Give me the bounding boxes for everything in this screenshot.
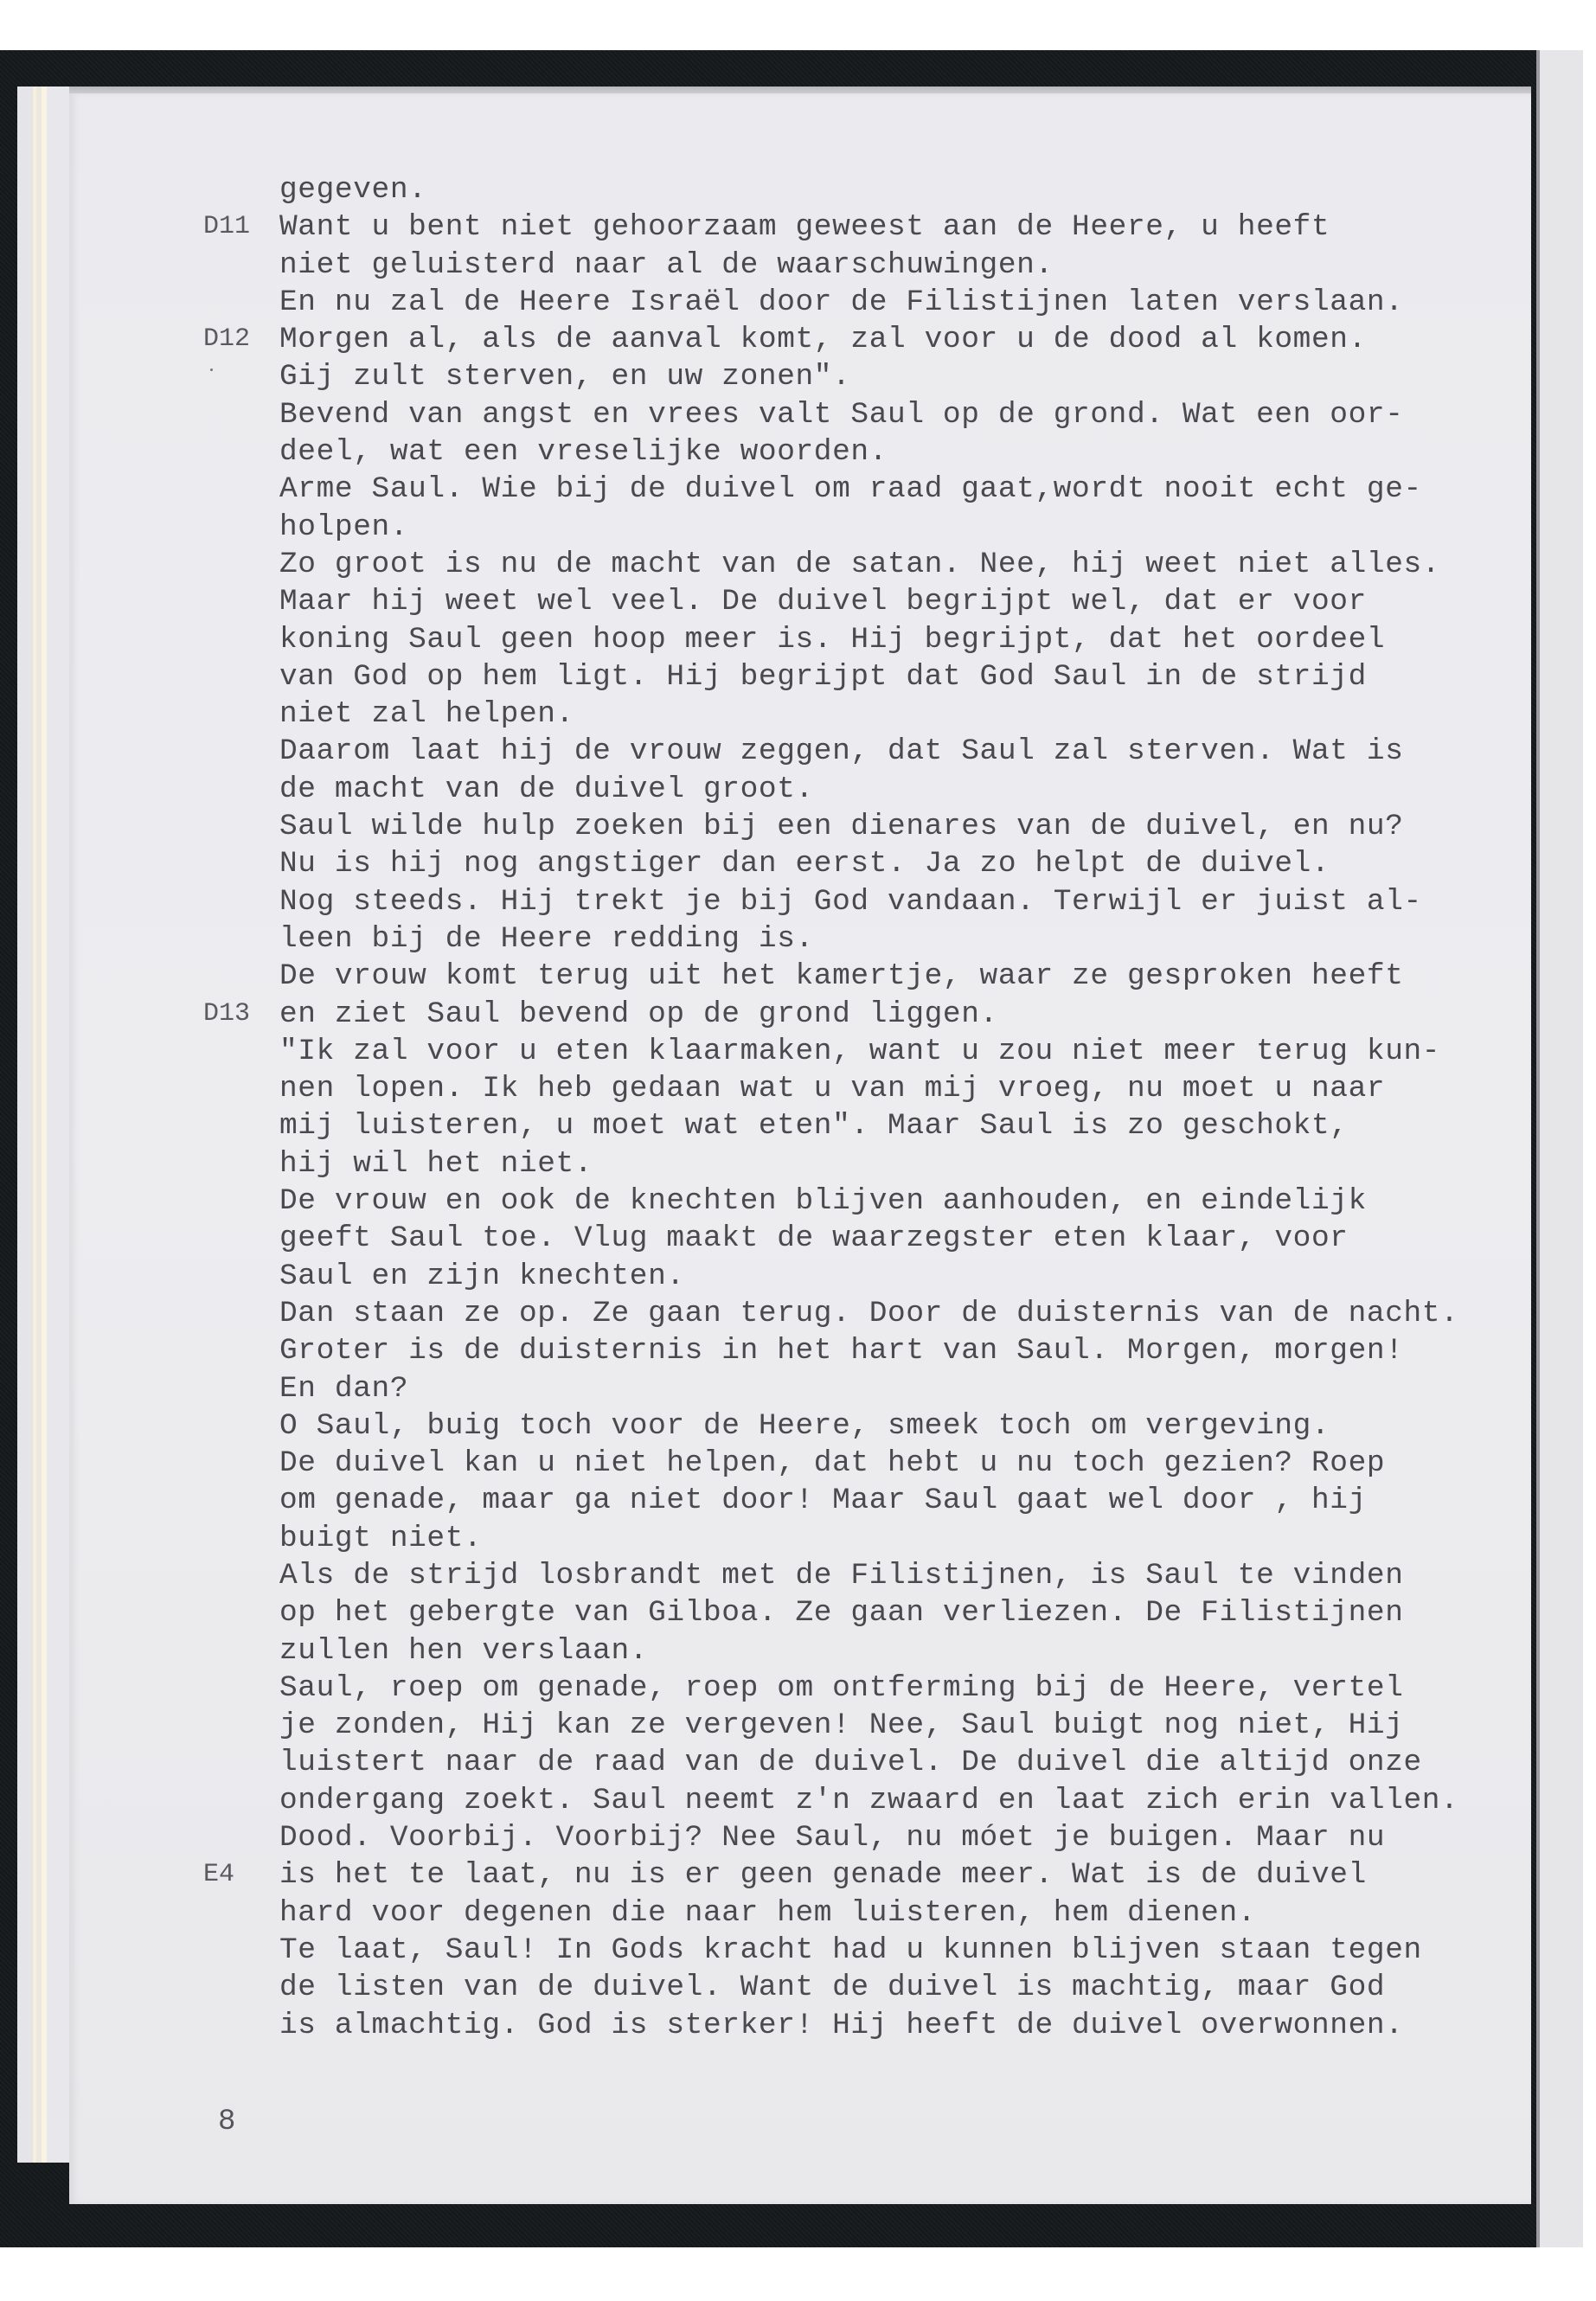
text-line: leen bij de Heere redding is.: [279, 920, 1508, 958]
line-text: Saul en zijn knechten.: [279, 1259, 685, 1293]
line-text: Nu is hij nog angstiger dan eerst. Ja zo…: [279, 847, 1330, 881]
text-line: Saul wilde hulp zoeken bij een dienares …: [279, 808, 1508, 845]
line-text: Maar hij weet wel veel. De duivel begrij…: [279, 585, 1367, 619]
line-text: deel, wat een vreselijke woorden.: [279, 435, 888, 469]
line-text: Dan staan ze op. Ze gaan terug. Door de …: [279, 1297, 1458, 1330]
line-text: zullen hen verslaan.: [279, 1634, 648, 1668]
line-text: leen bij de Heere redding is.: [279, 922, 814, 956]
typewritten-text-body: gegeven.D11Want u bent niet gehoorzaam g…: [279, 171, 1508, 2044]
text-line: van God op hem ligt. Hij begrijpt dat Go…: [279, 658, 1508, 695]
text-line: Bevend van angst en vrees valt Saul op d…: [279, 396, 1508, 433]
line-text: mij luisteren, u moet wat eten". Maar Sa…: [279, 1109, 1349, 1143]
line-text: De duivel kan u niet helpen, dat hebt u …: [279, 1446, 1385, 1480]
text-line: ondergang zoekt. Saul neemt z'n zwaard e…: [279, 1782, 1508, 1819]
text-line: gegeven.: [279, 171, 1508, 208]
line-text: Gij zult sterven, en uw zonen".: [279, 360, 850, 394]
text-line: Daarom laat hij de vrouw zeggen, dat Sau…: [279, 733, 1508, 770]
margin-marker: D12: [203, 321, 272, 358]
line-text: je zonden, Hij kan ze vergeven! Nee, Sau…: [279, 1708, 1404, 1742]
text-line: O Saul, buig toch voor de Heere, smeek t…: [279, 1407, 1508, 1445]
line-text: niet zal helpen.: [279, 697, 574, 731]
text-line: Als de strijd losbrandt met de Filistijn…: [279, 1557, 1508, 1594]
line-text: niet geluisterd naar al de waarschuwinge…: [279, 248, 1054, 282]
line-text: Zo groot is nu de macht van de satan. Ne…: [279, 548, 1440, 581]
line-text: Nog steeds. Hij trekt je bij God vandaan…: [279, 885, 1422, 919]
text-line: De vrouw en ook de knechten blijven aanh…: [279, 1183, 1508, 1220]
text-line: Zo groot is nu de macht van de satan. Ne…: [279, 546, 1508, 583]
line-text: Morgen al, als de aanval komt, zal voor …: [279, 323, 1367, 356]
text-line: deel, wat een vreselijke woorden.: [279, 433, 1508, 471]
text-line: de listen van de duivel. Want de duivel …: [279, 1969, 1508, 2006]
text-line: de macht van de duivel groot.: [279, 771, 1508, 808]
text-line: mij luisteren, u moet wat eten". Maar Sa…: [279, 1107, 1508, 1144]
line-text: Groter is de duisternis in het hart van …: [279, 1334, 1404, 1368]
line-text: van God op hem ligt. Hij begrijpt dat Go…: [279, 660, 1367, 694]
line-text: O Saul, buig toch voor de Heere, smeek t…: [279, 1409, 1330, 1443]
line-text: Bevend van angst en vrees valt Saul op d…: [279, 398, 1404, 432]
line-text: luistert naar de raad van de duivel. De …: [279, 1746, 1422, 1779]
text-line: "Ik zal voor u eten klaarmaken, want u z…: [279, 1033, 1508, 1070]
text-line: D13en ziet Saul bevend op de grond ligge…: [279, 996, 1508, 1033]
text-line: En dan?: [279, 1370, 1508, 1407]
line-text: op het gebergte van Gilboa. Ze gaan verl…: [279, 1596, 1404, 1630]
text-line: D11Want u bent niet gehoorzaam geweest a…: [279, 208, 1508, 246]
text-line: Maar hij weet wel veel. De duivel begrij…: [279, 583, 1508, 620]
text-line: hij wil het niet.: [279, 1145, 1508, 1183]
text-line: is almachtig. God is sterker! Hij heeft …: [279, 2007, 1508, 2044]
margin-marker: D13: [203, 996, 272, 1033]
text-line: geeft Saul toe. Vlug maakt de waarzegste…: [279, 1220, 1508, 1257]
line-text: ondergang zoekt. Saul neemt z'n zwaard e…: [279, 1784, 1458, 1817]
line-text: gegeven.: [279, 173, 426, 207]
line-text: en ziet Saul bevend op de grond liggen.: [279, 997, 998, 1031]
text-line: op het gebergte van Gilboa. Ze gaan verl…: [279, 1594, 1508, 1631]
line-text: is almachtig. God is sterker! Hij heeft …: [279, 2009, 1404, 2042]
text-line: holpen.: [279, 509, 1508, 546]
text-line: Saul en zijn knechten.: [279, 1258, 1508, 1295]
line-text: holpen.: [279, 510, 408, 544]
line-text: hij wil het niet.: [279, 1147, 593, 1181]
line-text: nen lopen. Ik heb gedaan wat u van mij v…: [279, 1072, 1385, 1106]
line-text: En nu zal de Heere Israël door de Filist…: [279, 285, 1404, 319]
text-line: je zonden, Hij kan ze vergeven! Nee, Sau…: [279, 1707, 1508, 1744]
text-line: Dood. Voorbij. Voorbij? Nee Saul, nu móe…: [279, 1819, 1508, 1856]
text-line: Te laat, Saul! In Gods kracht had u kunn…: [279, 1932, 1508, 1969]
line-text: is het te laat, nu is er geen genade mee…: [279, 1858, 1367, 1892]
text-line: zullen hen verslaan.: [279, 1632, 1508, 1670]
text-line: luistert naar de raad van de duivel. De …: [279, 1744, 1508, 1781]
margin-marker: D11: [203, 208, 272, 246]
text-line: nen lopen. Ik heb gedaan wat u van mij v…: [279, 1070, 1508, 1107]
line-text: de macht van de duivel groot.: [279, 772, 814, 806]
text-line: buigt niet.: [279, 1520, 1508, 1557]
text-line: Gij zult sterven, en uw zonen".: [279, 358, 1508, 395]
page-right-edge-line: [1536, 50, 1540, 2247]
text-line: De duivel kan u niet helpen, dat hebt u …: [279, 1445, 1508, 1482]
text-line: De vrouw komt terug uit het kamertje, wa…: [279, 958, 1508, 995]
page-number: 8: [218, 2106, 235, 2138]
text-line: E4is het te laat, nu is er geen genade m…: [279, 1856, 1508, 1894]
line-text: de listen van de duivel. Want de duivel …: [279, 1971, 1385, 2004]
line-text: koning Saul geen hoop meer is. Hij begri…: [279, 623, 1385, 657]
text-line: Saul, roep om genade, roep om ontferming…: [279, 1670, 1508, 1707]
line-text: buigt niet.: [279, 1522, 482, 1555]
stray-ink-dot: [210, 369, 213, 371]
line-text: Te laat, Saul! In Gods kracht had u kunn…: [279, 1933, 1422, 1967]
text-line: Arme Saul. Wie bij de duivel om raad gaa…: [279, 471, 1508, 508]
line-text: Want u bent niet gehoorzaam geweest aan …: [279, 210, 1330, 244]
line-text: Als de strijd losbrandt met de Filistijn…: [279, 1559, 1404, 1593]
text-line: Nog steeds. Hij trekt je bij God vandaan…: [279, 883, 1508, 920]
margin-marker: E4: [203, 1856, 272, 1894]
text-line: Nu is hij nog angstiger dan eerst. Ja zo…: [279, 845, 1508, 882]
text-line: Dan staan ze op. Ze gaan terug. Door de …: [279, 1295, 1508, 1332]
line-text: "Ik zal voor u eten klaarmaken, want u z…: [279, 1035, 1440, 1068]
line-text: Daarom laat hij de vrouw zeggen, dat Sau…: [279, 734, 1404, 768]
line-text: Dood. Voorbij. Voorbij? Nee Saul, nu móe…: [279, 1821, 1385, 1855]
text-line: En nu zal de Heere Israël door de Filist…: [279, 284, 1508, 321]
cover-right-edge: [1540, 50, 1583, 2247]
text-line: Groter is de duisternis in het hart van …: [279, 1332, 1508, 1369]
text-line: om genade, maar ga niet door! Maar Saul …: [279, 1482, 1508, 1519]
text-line: niet zal helpen.: [279, 695, 1508, 733]
line-text: geeft Saul toe. Vlug maakt de waarzegste…: [279, 1221, 1349, 1255]
line-text: Arme Saul. Wie bij de duivel om raad gaa…: [279, 472, 1422, 506]
line-text: De vrouw komt terug uit het kamertje, wa…: [279, 959, 1404, 993]
line-text: om genade, maar ga niet door! Maar Saul …: [279, 1484, 1367, 1517]
text-line: niet geluisterd naar al de waarschuwinge…: [279, 247, 1508, 284]
line-text: Saul wilde hulp zoeken bij een dienares …: [279, 810, 1404, 843]
text-line: D12Morgen al, als de aanval komt, zal vo…: [279, 321, 1508, 358]
line-text: hard voor degenen die naar hem luisteren…: [279, 1896, 1256, 1930]
text-line: hard voor degenen die naar hem luisteren…: [279, 1894, 1508, 1932]
text-line: koning Saul geen hoop meer is. Hij begri…: [279, 621, 1508, 658]
line-text: En dan?: [279, 1372, 408, 1406]
line-text: Saul, roep om genade, roep om ontferming…: [279, 1671, 1404, 1705]
line-text: De vrouw en ook de knechten blijven aanh…: [279, 1184, 1367, 1218]
